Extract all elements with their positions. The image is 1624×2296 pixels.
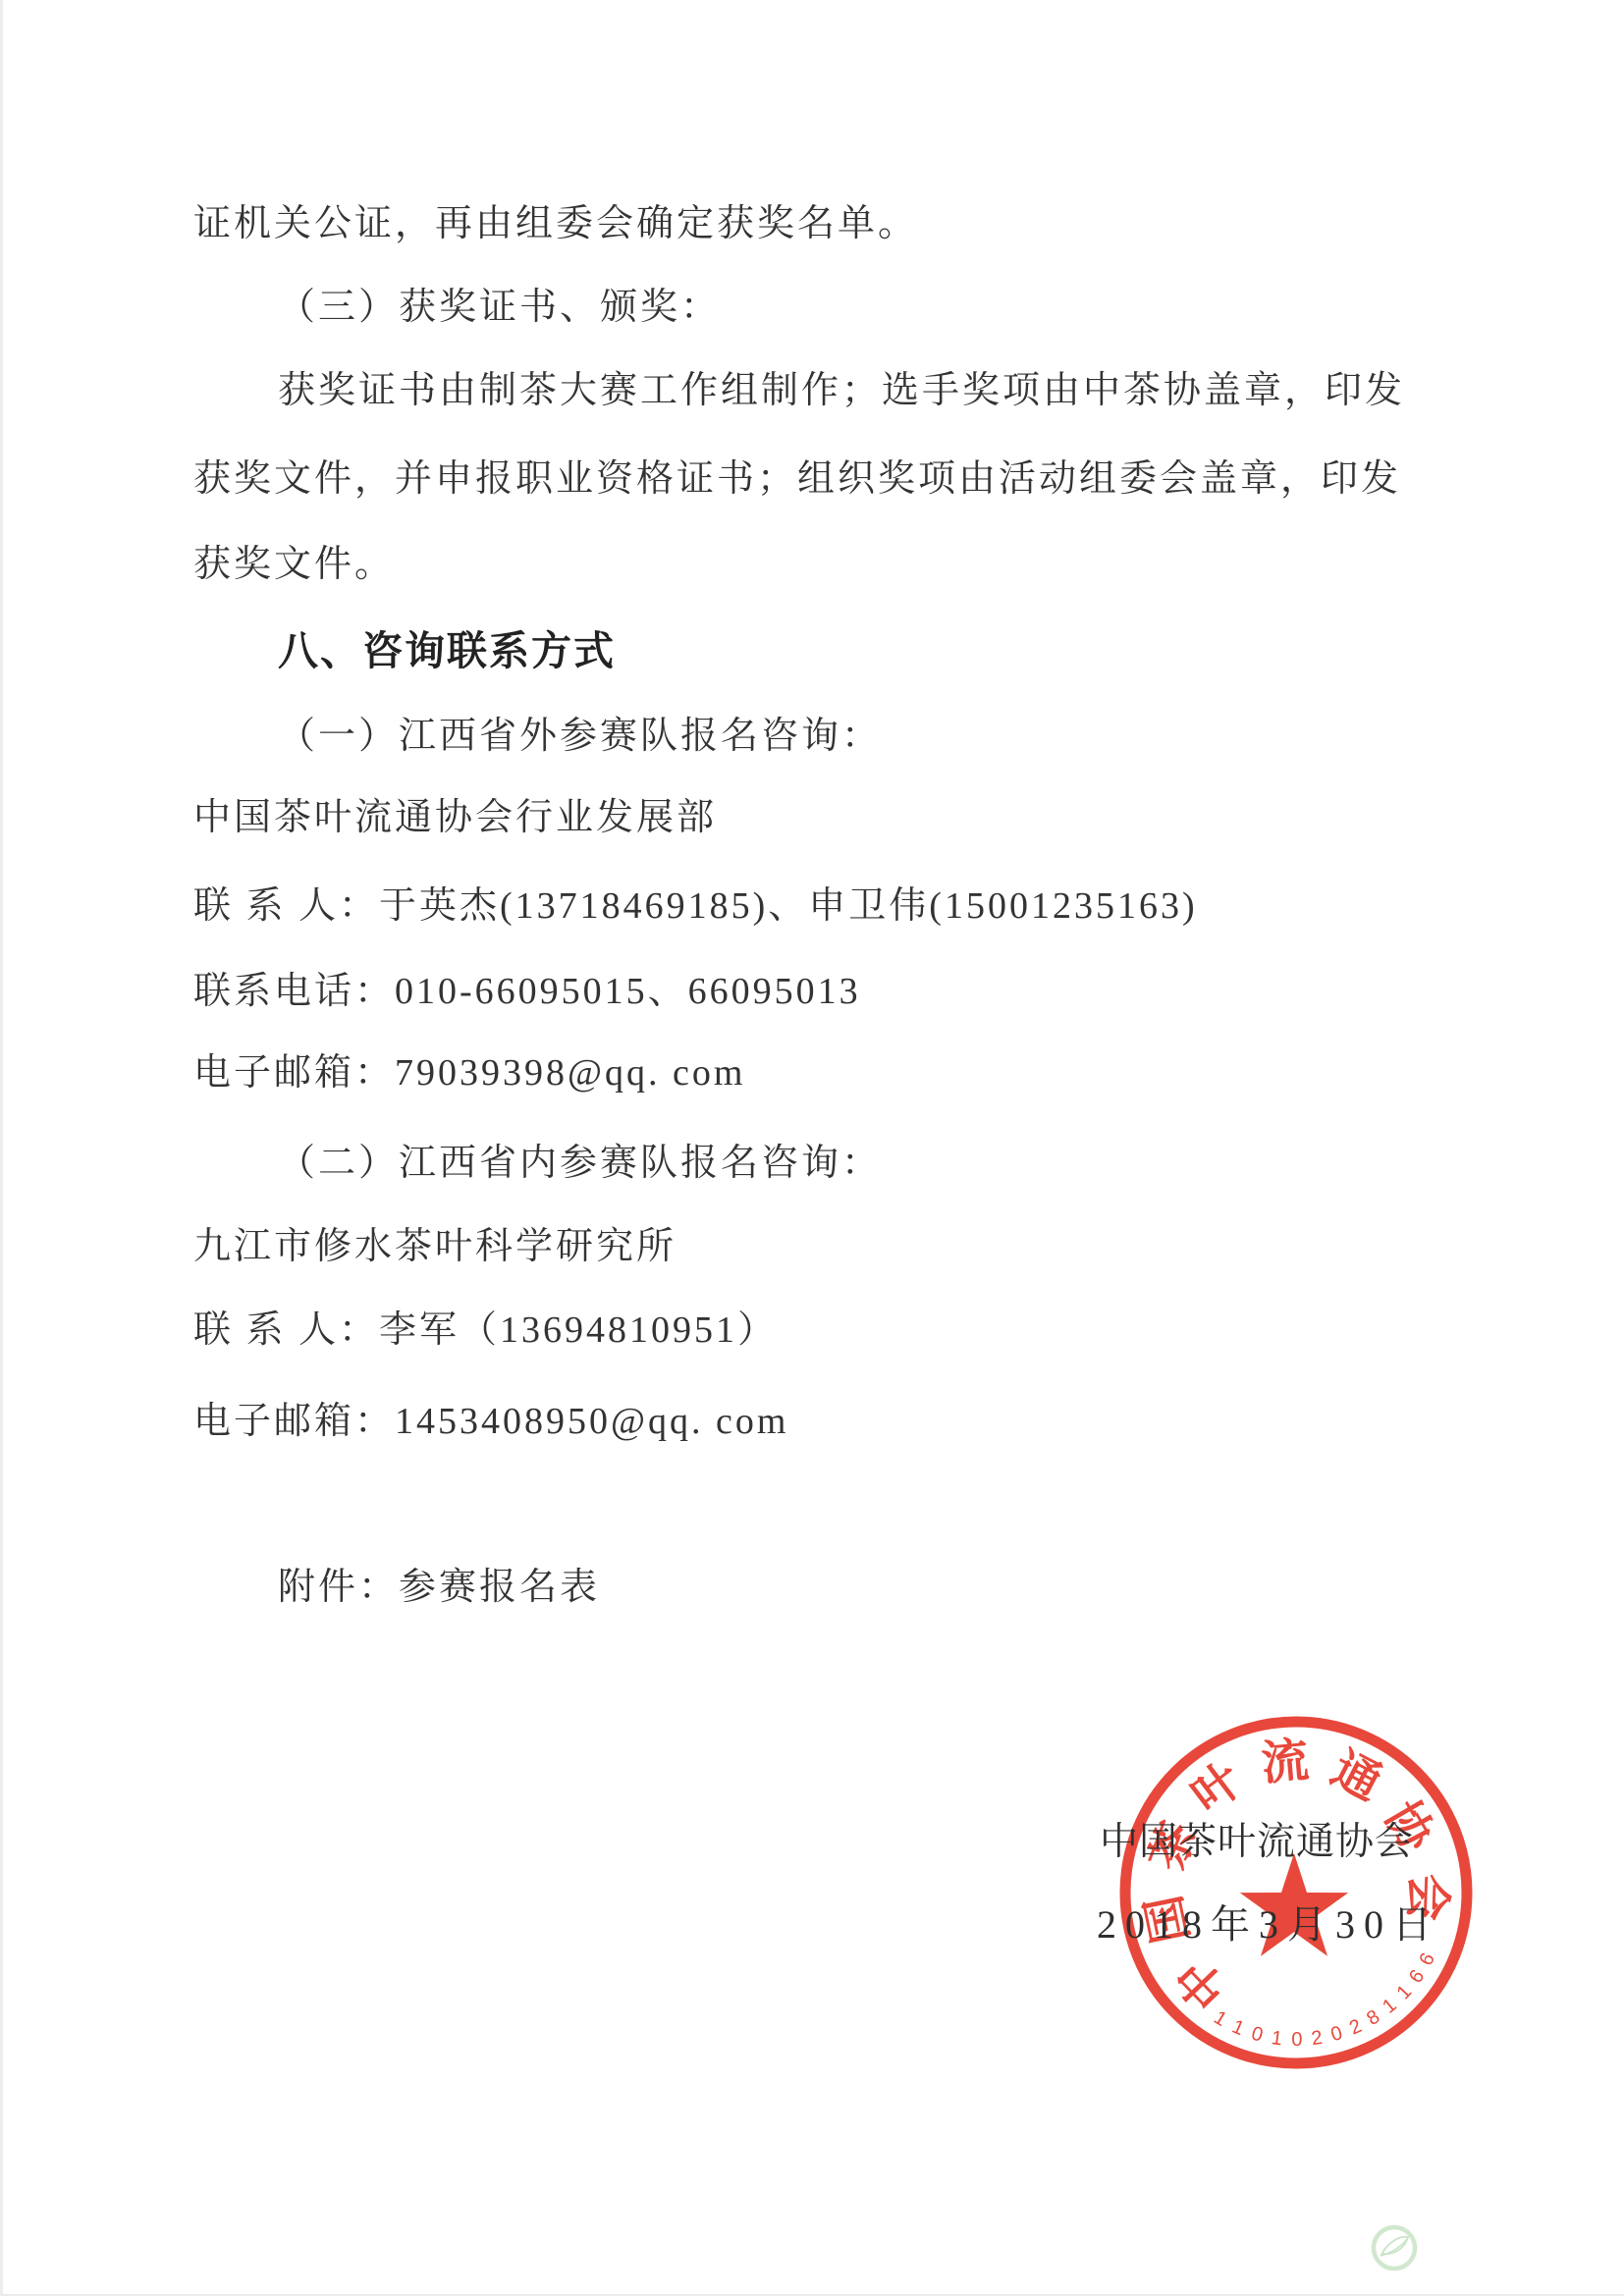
text-line: 电子邮箱：1453408950@qq. com bbox=[193, 1403, 788, 1440]
seal-serial-digit: 6 bbox=[1415, 1949, 1439, 1969]
scan-edge bbox=[0, 0, 3, 2296]
section-heading: 八、咨询联系方式 bbox=[278, 631, 616, 671]
seal-ring-char: 叶 bbox=[1183, 1753, 1252, 1823]
text-line: 九江市修水茶叶科学研究所 bbox=[193, 1228, 677, 1265]
seal-ring-char: 通 bbox=[1324, 1742, 1389, 1810]
document-page: 证机关公证，再由组委会确定获奖名单。 （三）获奖证书、颁奖： 获奖证书由制茶大赛… bbox=[0, 0, 1624, 2296]
seal-serial-digit: 6 bbox=[1405, 1966, 1429, 1988]
seal-serial-digit: 0 bbox=[1249, 2023, 1266, 2047]
seal-serial-digit: 1 bbox=[1392, 1981, 1416, 2003]
seal-serial-digit: 1 bbox=[1229, 2016, 1248, 2041]
seal-ring-char: 流 bbox=[1260, 1735, 1311, 1790]
seal-serial-digit: 2 bbox=[1346, 2015, 1365, 2040]
text-line: 证机关公证，再由组委会确定获奖名单。 bbox=[193, 205, 918, 242]
attachment-line: 附件：参赛报名表 bbox=[278, 1569, 600, 1606]
signature-org: 中国茶叶流通协会 bbox=[1100, 1823, 1414, 1861]
text-line: 联系电话：010-66095015、66095013 bbox=[193, 973, 861, 1010]
seal-serial-digit: 1 bbox=[1270, 2027, 1283, 2050]
seal-serial-digit: 8 bbox=[1363, 2005, 1383, 2030]
seal-ring-char: 中 bbox=[1167, 1949, 1237, 2018]
leaf-watermark-icon bbox=[1369, 2222, 1420, 2273]
text-line: 获奖文件，并申报职业资格证书；组织奖项由活动组委会盖章，印发 bbox=[193, 460, 1401, 498]
text-line: 联 系 人：于英杰(13718469185)、申卫伟(15001235163) bbox=[193, 887, 1198, 925]
text-line: 中国茶叶流通协会行业发展部 bbox=[193, 799, 717, 836]
text-line: 电子邮箱：79039398@qq. com bbox=[193, 1054, 745, 1092]
text-line: （二）江西省内参赛队报名咨询： bbox=[278, 1145, 882, 1182]
official-seal-svg: 中国茶叶流通协会1101020281166 bbox=[1110, 1706, 1483, 2079]
seal-serial-digit: 2 bbox=[1310, 2027, 1324, 2050]
text-line: 获奖文件。 bbox=[193, 546, 395, 583]
seal-serial-digit: 0 bbox=[1328, 2022, 1345, 2046]
text-line: （三）获奖证书、颁奖： bbox=[278, 289, 721, 326]
text-line: 获奖证书由制茶大赛工作组制作；选手奖项由中茶协盖章，印发 bbox=[278, 372, 1405, 409]
signature-date: 2018年3月30日 bbox=[1097, 1905, 1440, 1945]
seal-serial-digit: 1 bbox=[1210, 2006, 1230, 2031]
seal-serial-digit: 1 bbox=[1379, 1995, 1401, 2018]
text-line: （一）江西省外参赛队报名咨询： bbox=[278, 718, 882, 755]
seal-serial-digit: 0 bbox=[1291, 2029, 1302, 2051]
text-line: 联 系 人：李军（13694810951） bbox=[193, 1311, 778, 1349]
